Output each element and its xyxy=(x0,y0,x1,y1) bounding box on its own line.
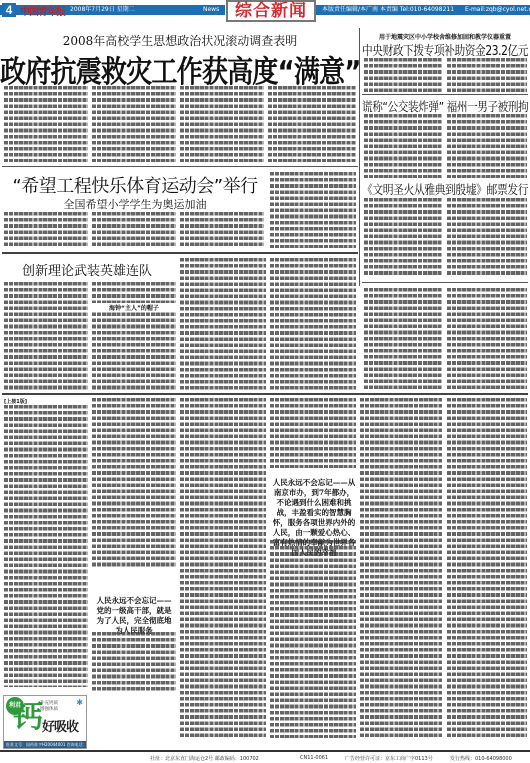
sidebar-1-headline: 中央财政下拨专项补助资金23.2亿元 xyxy=(362,40,528,59)
calcium-advertisement[interactable]: 钙 利君 ✱ 补充钙质 增强体质 好吸收 批准文号：国药准字H20044001 … xyxy=(3,695,87,749)
news-label: News xyxy=(203,5,219,15)
divider xyxy=(362,282,528,283)
hero-body-col-4 xyxy=(270,258,356,390)
ad-tagline: 补充钙质 增强体质 xyxy=(40,701,58,713)
divider xyxy=(2,252,358,254)
sidebar-2-body-col-2 xyxy=(447,114,527,178)
footer-phone: 发行热线：010-64098000 xyxy=(450,755,512,762)
lower-body-col-6 xyxy=(447,398,527,738)
hero-body-col-3 xyxy=(180,258,266,390)
hero-body-col-5 xyxy=(364,288,442,390)
hero-subsection-heading: 海钟“主人”的帽子 xyxy=(92,303,176,312)
continuation-tag: [上接1版] xyxy=(4,398,24,405)
lead-body-col-1 xyxy=(4,86,88,162)
lower-body-col-1 xyxy=(4,405,88,687)
contact-email: E-mail:zqb@cyol.net.cn xyxy=(465,5,530,15)
hope-body-col-2 xyxy=(92,212,176,248)
sidebar-1-body-col-1 xyxy=(364,58,442,92)
lower-body-col-5 xyxy=(360,398,442,738)
hero-body-col-2 xyxy=(92,282,176,390)
ad-tagline-2: 增强体质 xyxy=(40,707,58,712)
sidebar-3-body-col-2 xyxy=(447,198,527,276)
hero-body-col-6 xyxy=(447,288,527,390)
lead-body-col-2 xyxy=(92,86,176,162)
hope-body-col-3 xyxy=(180,212,264,248)
ad-footer: 批准文号：国药准字H20044001 咨询电话：400-1234-567 xyxy=(4,741,86,748)
decorative-slashes: ///// xyxy=(58,5,69,15)
ad-product-name: 好吸收 xyxy=(42,716,78,735)
lead-body-col-3 xyxy=(180,86,264,162)
brand-badge: 利君 xyxy=(6,697,24,715)
footer-ad-license: 广告经营许可证：京东工商广字0113号 xyxy=(345,755,433,762)
footer-address: 社址：北京东直门海运仓2号 邮政编码：100702 xyxy=(150,755,259,762)
lower-body-col-4a xyxy=(270,398,356,468)
hope-body-col-4 xyxy=(270,172,356,248)
hope-body-col-1 xyxy=(4,212,88,248)
page-number: 4 xyxy=(2,3,16,17)
hero-body-col-1 xyxy=(4,282,88,390)
lead-body-col-4 xyxy=(268,86,356,162)
masthead: 4 中国青年报 ///// 2008年7月29日 星期二 News 综合新闻 本… xyxy=(0,0,530,26)
sidebar-3-body-col-1 xyxy=(364,198,442,276)
lower-body-col-2a xyxy=(92,398,176,568)
page-footer: 社址：北京东直门海运仓2号 邮政编码：100702 CN11-0061 广告经营… xyxy=(0,750,530,763)
column-divider xyxy=(359,28,360,286)
pull-quote-1: 人民永远不会忘记——党的一级高干部，就是为了人民，完全彻底地为人民服务 xyxy=(94,596,174,636)
hope-subhead: 全国希望小学学生为奥运加油 xyxy=(0,196,270,212)
divider xyxy=(2,166,358,167)
editor-info: 本版责任编辑/本广南 本责编 Tel:010-64098211 xyxy=(322,5,454,15)
lower-body-col-2b xyxy=(92,632,176,692)
sidebar-3-headline: 《文明圣火从雅典到殷墟》邮票发行 xyxy=(362,180,528,198)
lower-body-col-4b xyxy=(270,540,356,738)
issue-date: 2008年7月29日 星期二 xyxy=(70,5,135,15)
divider xyxy=(362,94,528,95)
ad-tagline-1: 补充钙质 xyxy=(40,701,58,706)
sidebar-2-headline: 谎称“公交装炸弹” 福州一男子被刑拘 xyxy=(362,97,528,115)
star-icon: ✱ xyxy=(76,698,83,707)
lower-body-col-3 xyxy=(180,398,266,738)
lead-headline: 政府抗震救灾工作获高度“满意” xyxy=(0,47,360,91)
section-title: 综合新闻 xyxy=(226,0,316,22)
sidebar-2-body-col-1 xyxy=(364,114,442,178)
sidebar-1-body-col-2 xyxy=(447,58,527,92)
hero-headline: 创新理论武装英雄连队 xyxy=(2,260,172,279)
divider xyxy=(2,393,528,395)
hope-headline: “希望工程快乐体育运动会”举行 xyxy=(0,172,270,198)
footer-code: CN11-0061 xyxy=(300,755,328,761)
